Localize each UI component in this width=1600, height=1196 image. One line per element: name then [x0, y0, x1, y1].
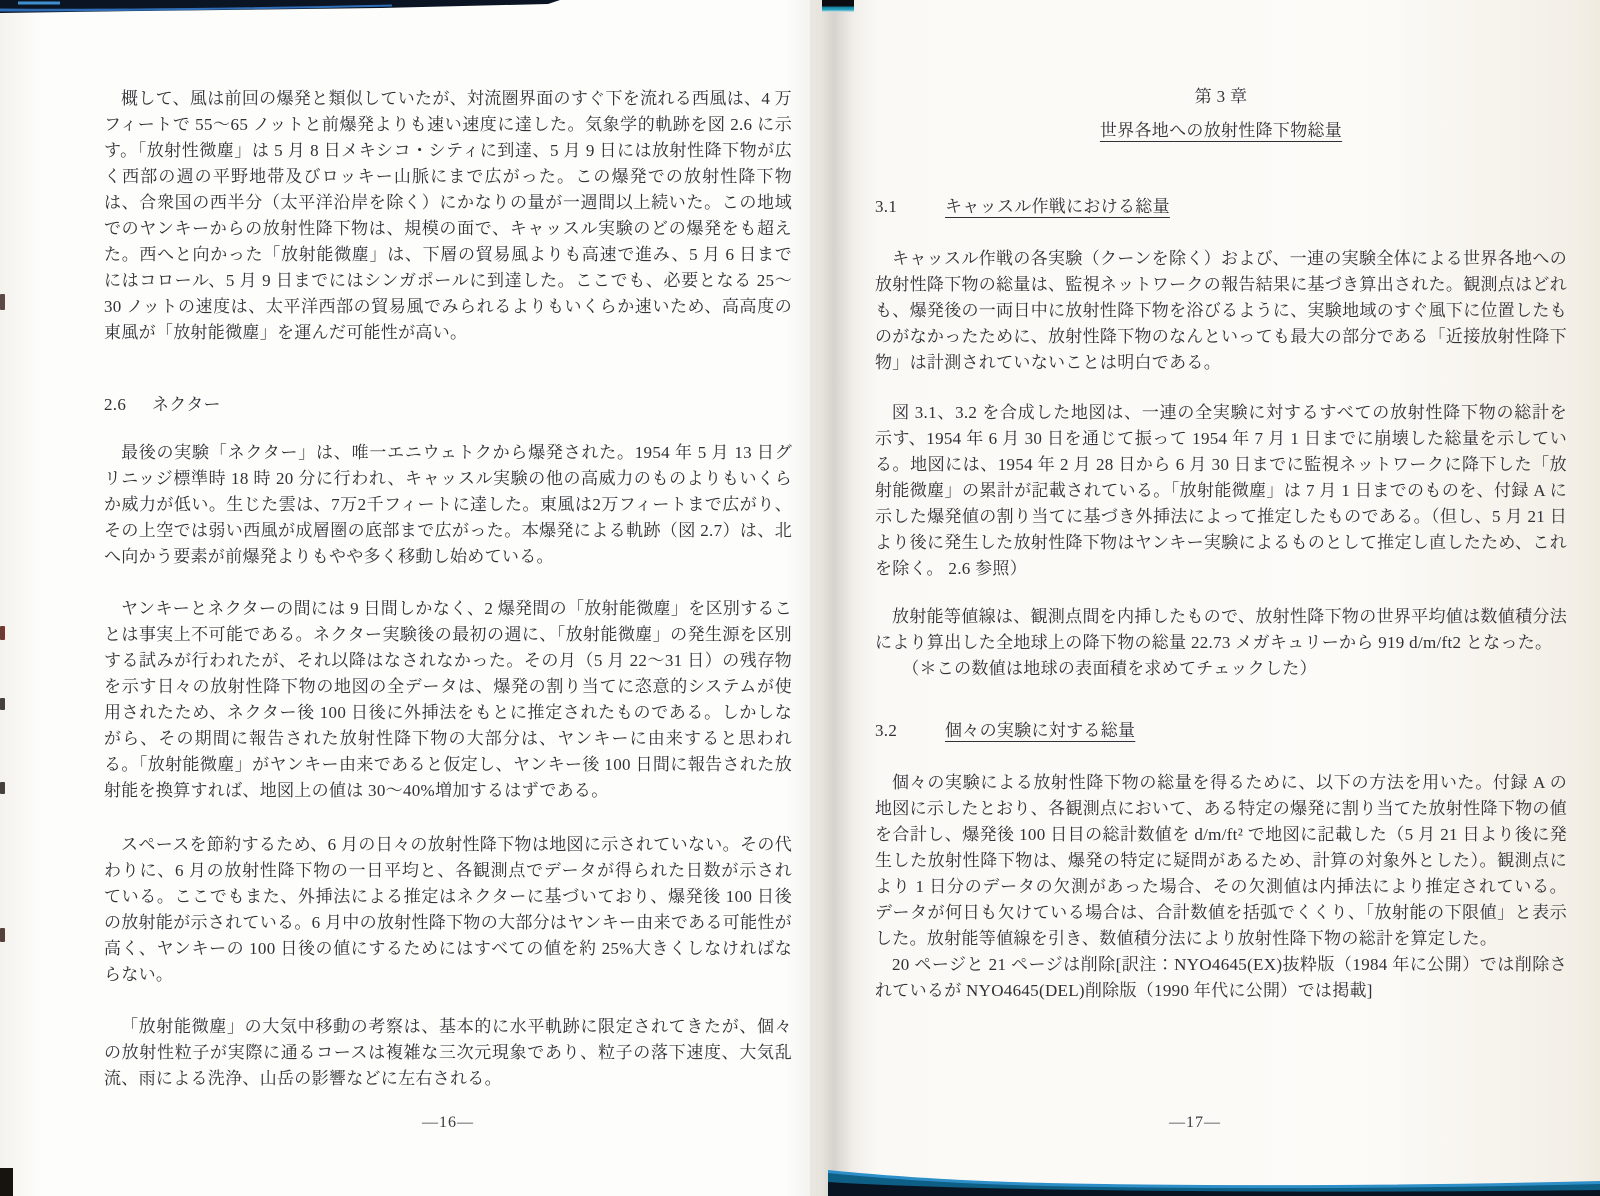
paragraph-wind: 概して、風は前回の爆発と類似していたが、対流圏界面のすぐ下を流れる西風は、4 万… — [104, 86, 792, 346]
scan-edge-mark — [0, 928, 5, 942]
bottom-spine-edge — [828, 1166, 1600, 1196]
page-number-right: —17— — [810, 1114, 1580, 1132]
section-number: 3.1 — [875, 194, 945, 220]
page-right: 第 3 章 世界各地への放射性降下物総量 3.1 キャッスル作戦における総量 キ… — [810, 0, 1600, 1196]
page-left: 概して、風は前回の爆発と類似していたが、対流圏界面のすぐ下を流れる西風は、4 万… — [0, 0, 810, 1196]
paragraph-3d-motion: 「放射能微塵」の大気中移動の考察は、基本的に水平軌跡に限定されてきたが、個々の放… — [104, 1014, 792, 1092]
chapter-label: 第 3 章 — [875, 84, 1567, 110]
page-number-left: —16— — [104, 1114, 792, 1132]
paragraph-deleted-pages-note: 20 ページと 21 ページは削除[訳注：NYO4645(EX)抜粋版（1984… — [875, 952, 1567, 1004]
section-number: 2.6 — [104, 392, 152, 418]
section-heading-3-2: 3.2 個々の実験に対する総量 — [875, 718, 1567, 744]
paragraph-yankee-nectar: ヤンキーとネクターの間には 9 日間しかなく、2 爆発間の「放射能微塵」を区別す… — [104, 596, 792, 804]
scan-edge-mark — [0, 782, 5, 794]
scan-edge-mark — [0, 626, 5, 640]
section-title: ネクター — [152, 392, 221, 418]
paragraph-composite-map: 図 3.1、3.2 を合成した地図は、一連の全実験に対するすべての放射性降下物の… — [875, 400, 1567, 582]
section-title: 個々の実験に対する総量 — [945, 718, 1135, 744]
paragraph-footnote-check: （＊この数値は地球の表面積を求めてチェックした） — [875, 656, 1567, 682]
section-heading-3-1: 3.1 キャッスル作戦における総量 — [875, 194, 1567, 220]
scan-edge-mark — [0, 698, 5, 710]
paragraph-individual-totals-method: 個々の実験による放射性降下物の総量を得るために、以下の方法を用いた。付録 A の… — [875, 770, 1567, 952]
section-number: 3.2 — [875, 718, 945, 744]
paragraph-nectar: 最後の実験「ネクター」は、唯一エニウェトクから爆発された。1954 年 5 月 … — [104, 440, 792, 570]
section-title: キャッスル作戦における総量 — [945, 194, 1170, 220]
bottom-left-corner-mark — [0, 1168, 13, 1196]
paragraph-castle-totals: キャッスル作戦の各実験（クーンを除く）および、一連の実験全体による世界各地への放… — [875, 246, 1567, 376]
paragraph-june-fallout: スペースを節約するため、6 月の日々の放射性降下物は地図に示されていない。その代… — [104, 832, 792, 988]
chapter-title: 世界各地への放射性降下物総量 — [1100, 118, 1342, 144]
gutter-top-edge-mark — [822, 0, 854, 12]
top-spine-edge — [0, 0, 560, 16]
paragraph-isolines: 放射能等値線は、観測点間を内挿したもので、放射性降下物の世界平均値は数値積分法に… — [875, 604, 1567, 656]
right-text-column: 第 3 章 世界各地への放射性降下物総量 3.1 キャッスル作戦における総量 キ… — [875, 84, 1567, 1004]
book-scan: 概して、風は前回の爆発と類似していたが、対流圏界面のすぐ下を流れる西風は、4 万… — [0, 0, 1600, 1196]
section-heading-2-6: 2.6 ネクター — [104, 392, 792, 418]
chapter-heading: 第 3 章 世界各地への放射性降下物総量 — [875, 84, 1567, 144]
scan-edge-mark — [0, 294, 5, 310]
left-text-column: 概して、風は前回の爆発と類似していたが、対流圏界面のすぐ下を流れる西風は、4 万… — [104, 86, 792, 1092]
